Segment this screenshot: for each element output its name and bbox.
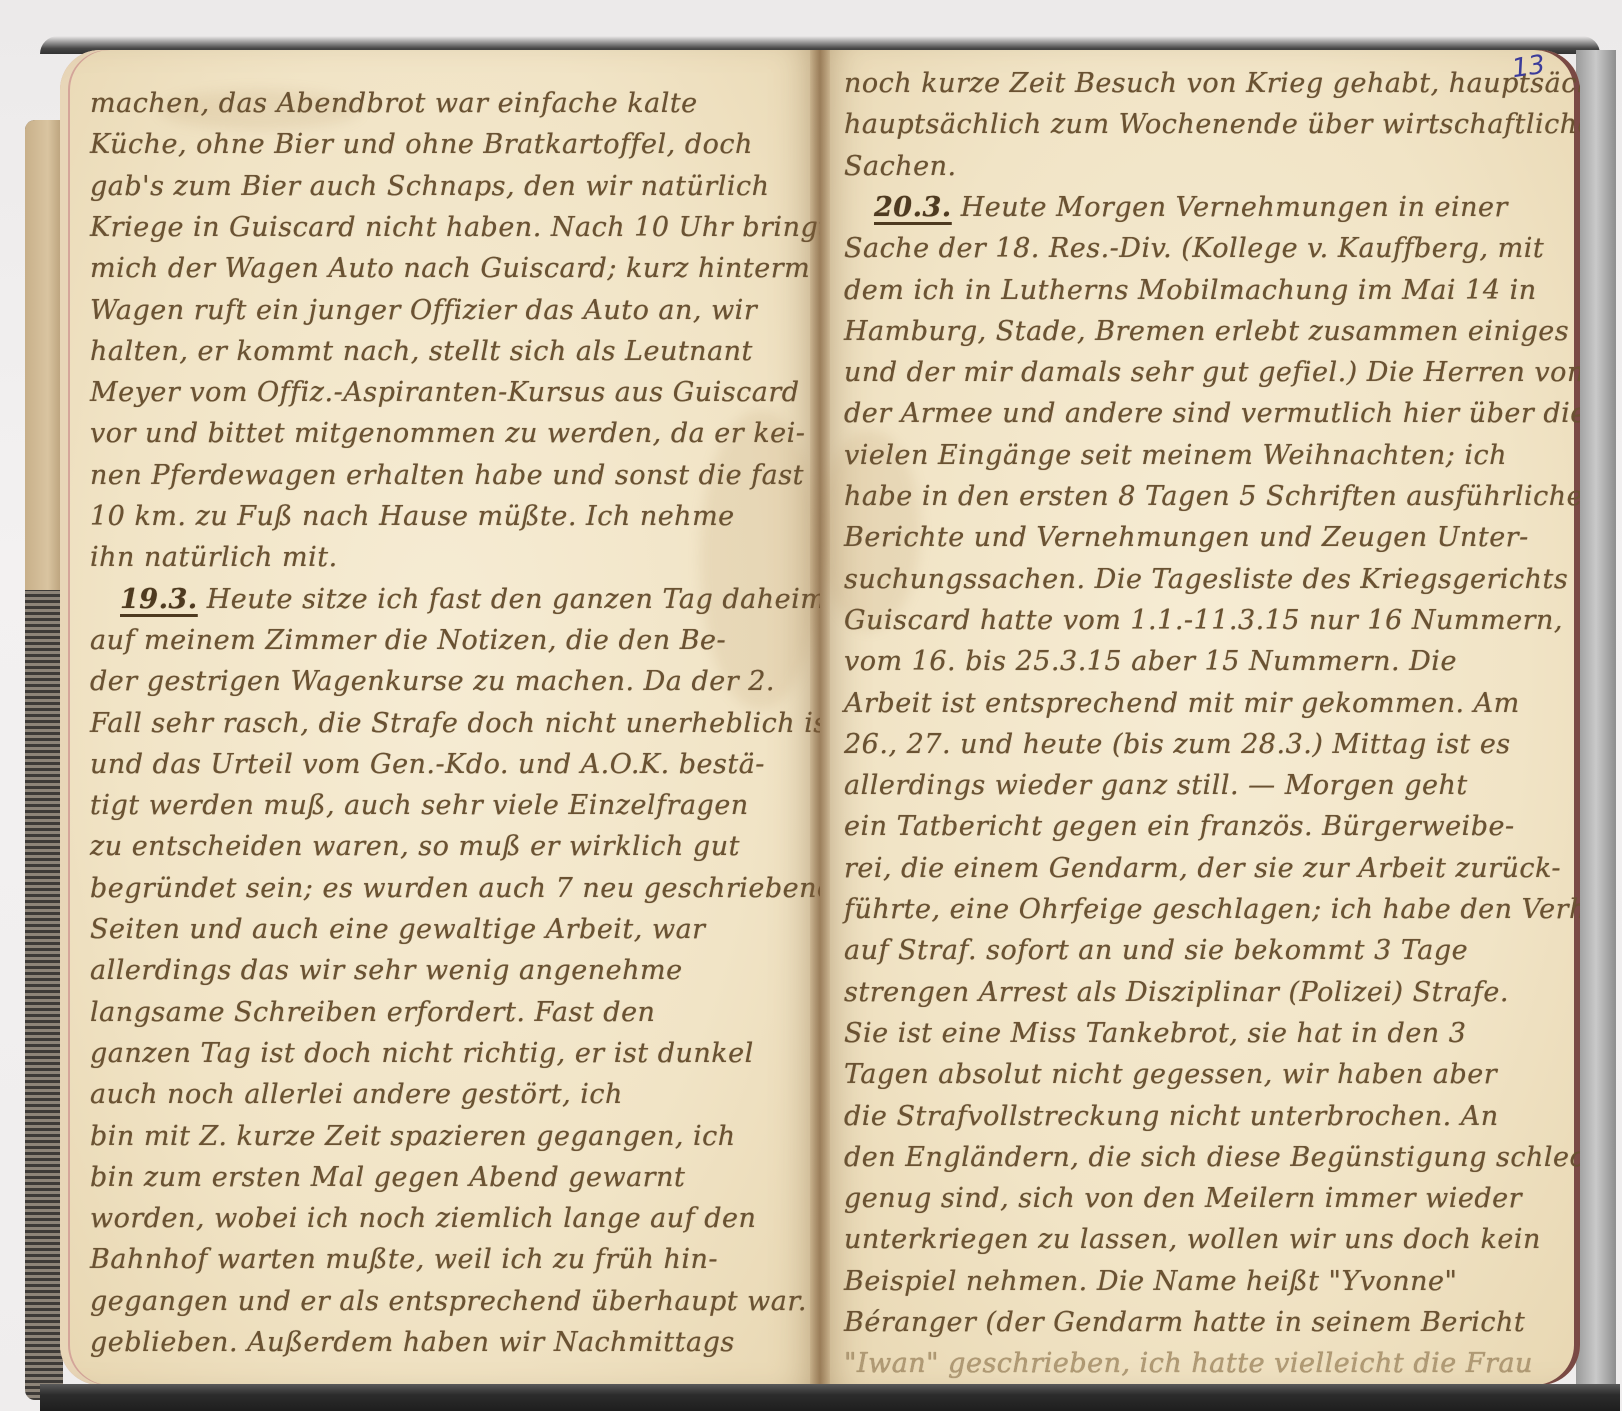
left-page-text: machen, das Abendbrot war einfache kalte… — [60, 50, 820, 1385]
book-gutter — [810, 50, 830, 1385]
handwritten-line: Kriege in Guiscard nicht haben. Nach 10 … — [90, 212, 820, 243]
handwritten-line: Tagen absolut nicht gegessen, wir haben … — [844, 1059, 1497, 1090]
handwritten-line: 26., 27. und heute (bis zum 28.3.) Mitta… — [844, 729, 1511, 760]
handwritten-line: Arbeit ist entsprechend mit mir gekommen… — [844, 688, 1520, 719]
handwritten-line: genug sind, sich von den Meilern immer w… — [844, 1183, 1522, 1214]
handwritten-line: langsame Schreiben erfordert. Fast den — [90, 997, 655, 1028]
book-bottom-edge-shadow — [40, 1384, 1620, 1411]
page-number: 13 — [1510, 50, 1547, 84]
right-page-text: noch kurze Zeit Besuch von Krieg gehabt,… — [820, 50, 1580, 1385]
handwritten-line: machen, das Abendbrot war einfache kalte — [90, 88, 698, 119]
handwritten-line: 10 km. zu Fuß nach Hause müßte. Ich nehm… — [90, 501, 735, 532]
handwritten-line: auf Straf. sofort an und sie bekommt 3 T… — [844, 935, 1468, 966]
handwritten-line: "Iwan" geschrieben, ich hatte vielleicht… — [844, 1348, 1533, 1379]
handwritten-line: habe in den ersten 8 Tagen 5 Schriften a… — [844, 481, 1580, 512]
handwritten-line: zu entscheiden waren, so muß er wirklich… — [90, 831, 740, 862]
handwritten-line: bin mit Z. kurze Zeit spazieren gegangen… — [90, 1121, 736, 1152]
handwritten-line: unterkriegen zu lassen, wollen wir uns d… — [844, 1224, 1541, 1255]
handwritten-line: Küche, ohne Bier und ohne Bratkartoffel,… — [90, 129, 753, 160]
handwritten-line: Béranger (der Gendarm hatte in seinem Be… — [844, 1307, 1525, 1338]
handwritten-line: Seiten und auch eine gewaltige Arbeit, w… — [90, 914, 706, 945]
handwritten-line: Wagen ruft ein junger Offizier das Auto … — [90, 295, 757, 326]
handwritten-line: 20.3. Heute Morgen Vernehmungen in einer — [874, 192, 1508, 223]
handwritten-line: der Armee und andere sind vermutlich hie… — [844, 398, 1580, 429]
handwritten-line: hauptsächlich zum Wochenende über wirtsc… — [844, 109, 1580, 140]
handwritten-line: vom 16. bis 25.3.15 aber 15 Nummern. Die — [844, 646, 1457, 677]
binding-tape — [25, 120, 63, 590]
handwritten-line: die Strafvollstreckung nicht unterbroche… — [844, 1101, 1499, 1132]
handwritten-line: Sache der 18. Res.-Div. (Kollege v. Kauf… — [844, 233, 1544, 264]
handwritten-line: den Engländern, die sich diese Begünstig… — [844, 1142, 1580, 1173]
diary-date: 20.3. — [874, 192, 952, 223]
handwritten-line: Beispiel nehmen. Die Name heißt "Yvonne" — [844, 1266, 1457, 1297]
handwritten-line: gegangen und er als entsprechend überhau… — [90, 1286, 807, 1317]
handwritten-line: und der mir damals sehr gut gefiel.) Die… — [844, 357, 1580, 388]
left-page: machen, das Abendbrot war einfache kalte… — [60, 50, 820, 1385]
handwritten-line: Meyer vom Offiz.-Aspiranten-Kursus aus G… — [90, 377, 800, 408]
handwritten-line: nen Pferdewagen erhalten habe und sonst … — [90, 460, 804, 491]
handwritten-line: allerdings das wir sehr wenig angenehme — [90, 955, 683, 986]
handwritten-line: auch noch allerlei andere gestört, ich — [90, 1079, 623, 1110]
handwritten-line: gab's zum Bier auch Schnaps, den wir nat… — [90, 171, 770, 202]
handwritten-line: Guiscard hatte vom 1.1.-11.3.15 nur 16 N… — [844, 605, 1563, 636]
handwritten-line: bin zum ersten Mal gegen Abend gewarnt — [90, 1162, 685, 1193]
diary-date: 19.3. — [120, 584, 198, 615]
right-page: noch kurze Zeit Besuch von Krieg gehabt,… — [820, 50, 1580, 1385]
handwritten-line: und das Urteil vom Gen.-Kdo. und A.O.K. … — [90, 749, 765, 780]
handwritten-line: dem ich in Lutherns Mobilmachung im Mai … — [844, 275, 1537, 306]
handwritten-line: suchungssachen. Die Tagesliste des Krieg… — [844, 564, 1568, 595]
handwritten-line: auf meinem Zimmer die Notizen, die den B… — [90, 625, 726, 656]
handwritten-line: allerdings wieder ganz still. — Morgen g… — [844, 770, 1468, 801]
handwritten-line: halten, er kommt nach, stellt sich als L… — [90, 336, 753, 367]
handwritten-line: ihn natürlich mit. — [90, 542, 338, 573]
handwritten-line: strengen Arrest als Disziplinar (Polizei… — [844, 977, 1509, 1008]
handwritten-line: ein Tatbericht gegen ein französ. Bürger… — [844, 811, 1515, 842]
handwritten-line: vor und bittet mitgenommen zu werden, da… — [90, 418, 805, 449]
handwritten-line: 19.3. Heute sitze ich fast den ganzen Ta… — [120, 584, 820, 615]
handwritten-line: ganzen Tag ist doch nicht richtig, er is… — [90, 1038, 754, 1069]
right-cover-edge — [1576, 50, 1616, 1385]
handwritten-line: vielen Eingänge seit meinem Weihnachten;… — [844, 440, 1507, 471]
handwritten-line: begründet sein; es wurden auch 7 neu ges… — [90, 873, 820, 904]
handwritten-line: Berichte und Vernehmungen und Zeugen Unt… — [844, 522, 1529, 553]
handwritten-line: mich der Wagen Auto nach Guiscard; kurz … — [90, 253, 810, 284]
handwritten-line: worden, wobei ich noch ziemlich lange au… — [90, 1203, 756, 1234]
left-binding-spine — [25, 120, 63, 1400]
handwritten-line: Sachen. — [844, 151, 957, 182]
handwritten-line: rei, die einem Gendarm, der sie zur Arbe… — [844, 853, 1561, 884]
handwritten-line: tigt werden muß, auch sehr viele Einzelf… — [90, 790, 749, 821]
handwritten-line: Fall sehr rasch, die Strafe doch nicht u… — [90, 708, 820, 739]
handwritten-line: Bahnhof warten mußte, weil ich zu früh h… — [90, 1244, 718, 1275]
handwritten-line: Hamburg, Stade, Bremen erlebt zusammen e… — [844, 316, 1569, 347]
handwritten-line: führte, eine Ohrfeige geschlagen; ich ha… — [844, 894, 1580, 925]
handwritten-line: der gestrigen Wagenkurse zu machen. Da d… — [90, 666, 775, 697]
handwritten-line: geblieben. Außerdem haben wir Nachmittag… — [90, 1327, 735, 1358]
handwritten-line: Sie ist eine Miss Tankebrot, sie hat in … — [844, 1018, 1466, 1049]
handwritten-line: noch kurze Zeit Besuch von Krieg gehabt,… — [844, 68, 1580, 99]
